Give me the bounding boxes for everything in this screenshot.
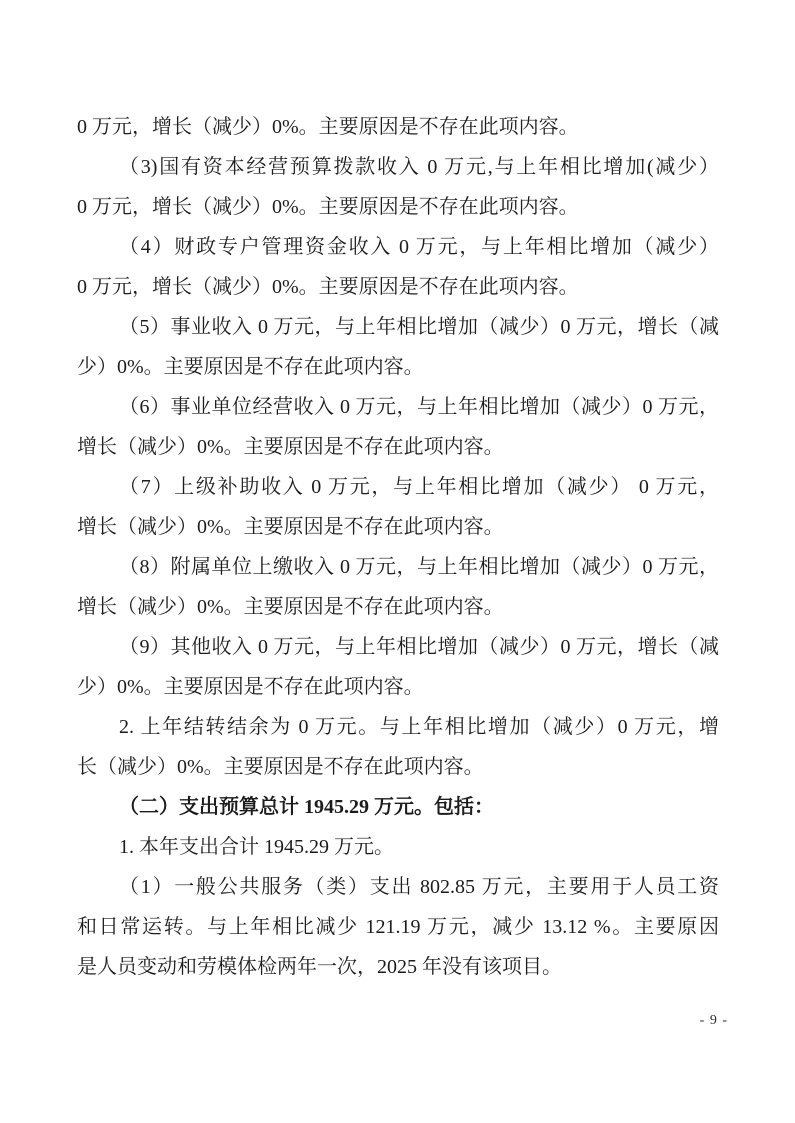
text-line: （1）一般公共服务（类）支出 802.85 万元，主要用于人员工资 <box>77 867 719 907</box>
document-page: 0 万元，增长（减少）0%。主要原因是不存在此项内容。（3)国有资本经营预算拨款… <box>0 0 795 1123</box>
text-line: （5）事业收入 0 万元，与上年相比增加（减少）0 万元，增长（减 <box>77 307 719 347</box>
text-line: 长（减少）0%。主要原因是不存在此项内容。 <box>77 747 719 787</box>
text-line: 0 万元，增长（减少）0%。主要原因是不存在此项内容。 <box>77 267 719 307</box>
text-line: 增长（减少）0%。主要原因是不存在此项内容。 <box>77 427 719 467</box>
text-line: （7）上级补助收入 0 万元，与上年相比增加（减少） 0 万元， <box>77 467 719 507</box>
text-line: 增长（减少）0%。主要原因是不存在此项内容。 <box>77 507 719 547</box>
text-line: 0 万元，增长（减少）0%。主要原因是不存在此项内容。 <box>77 187 719 227</box>
text-line: 0 万元，增长（减少）0%。主要原因是不存在此项内容。 <box>77 107 719 147</box>
text-line: 增长（减少）0%。主要原因是不存在此项内容。 <box>77 587 719 627</box>
text-line: （6）事业单位经营收入 0 万元，与上年相比增加（减少）0 万元， <box>77 387 719 427</box>
text-line: （二）支出预算总计 1945.29 万元。包括： <box>77 787 719 827</box>
text-line: （8）附属单位上缴收入 0 万元，与上年相比增加（减少）0 万元， <box>77 547 719 587</box>
text-line: 和日常运转。与上年相比减少 121.19 万元，减少 13.12 %。主要原因 <box>77 907 719 947</box>
text-line: 少）0%。主要原因是不存在此项内容。 <box>77 347 719 387</box>
text-line: 1. 本年支出合计 1945.29 万元。 <box>77 827 719 867</box>
text-line: 2. 上年结转结余为 0 万元。与上年相比增加（减少）0 万元，增 <box>77 707 719 747</box>
document-body: 0 万元，增长（减少）0%。主要原因是不存在此项内容。（3)国有资本经营预算拨款… <box>77 107 719 987</box>
page-number: - 9 - <box>700 1012 728 1030</box>
text-line: （9）其他收入 0 万元，与上年相比增加（减少）0 万元，增长（减 <box>77 627 719 667</box>
text-line: 少）0%。主要原因是不存在此项内容。 <box>77 667 719 707</box>
text-line: （3)国有资本经营预算拨款收入 0 万元,与上年相比增加(减少） <box>77 147 719 187</box>
text-line: （4）财政专户管理资金收入 0 万元，与上年相比增加（减少） <box>77 227 719 267</box>
text-line: 是人员变动和劳模体检两年一次，2025 年没有该项目。 <box>77 947 719 987</box>
